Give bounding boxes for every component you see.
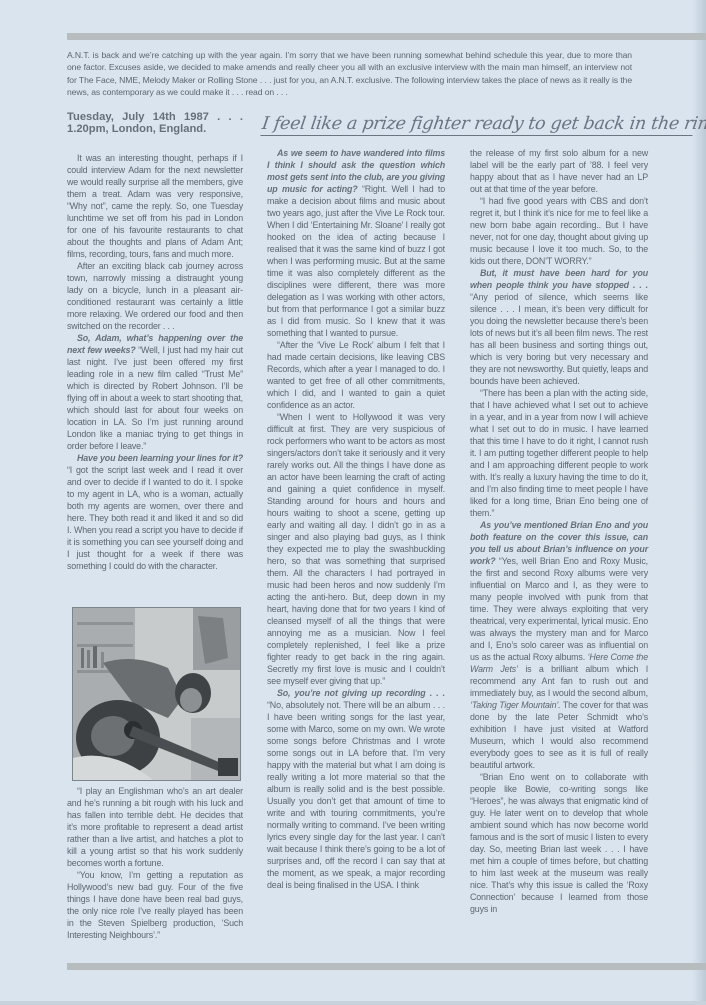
album-title: ‘Taking Tiger Mountain’.	[470, 700, 561, 710]
page-edge	[692, 0, 706, 1005]
qa-paragraph: Have you been learning your lines for it…	[67, 452, 243, 572]
question: But, it must have been hard for you when…	[470, 268, 648, 290]
qa-paragraph: So, Adam, what’s happening over the next…	[67, 332, 243, 452]
answer: “No, absolutely not. There will be an al…	[267, 700, 445, 890]
question: So, you’re not giving up recording . . .	[277, 688, 445, 698]
qa-paragraph: So, you’re not giving up recording . . .…	[267, 687, 445, 891]
headline: I feel like a prize fighter ready to get…	[260, 113, 695, 136]
paragraph: “There has been a plan with the acting s…	[470, 387, 648, 519]
paragraph: “I had five good years with CBS and don’…	[470, 195, 648, 267]
column-1: It was an interesting thought, perhaps i…	[67, 152, 243, 572]
paragraph: “Brian Eno went on to collaborate with p…	[470, 771, 648, 915]
paragraph: “I play an Englishman who’s an art deale…	[67, 785, 243, 869]
photo-adam-with-guitar	[72, 607, 241, 781]
paragraph: “After the ‘Vive Le Rock’ album I felt t…	[267, 339, 445, 411]
column-1-continued: “I play an Englishman who’s an art deale…	[67, 785, 243, 941]
qa-paragraph: As you’ve mentioned Brian Eno and you bo…	[470, 519, 648, 771]
dateline: Tuesday, July 14th 1987 . . . 1.20pm, Lo…	[67, 112, 243, 135]
intro-paragraph: A.N.T. is back and we’re catching up wit…	[67, 49, 632, 99]
top-rule	[67, 33, 706, 40]
answer: “Well, I just had my hair cut last night…	[67, 345, 243, 451]
answer: The cover for that was done by the late …	[470, 700, 648, 770]
answer: “Right. Well I had to make a decision ab…	[267, 184, 445, 338]
answer: “I got the script last week and I read i…	[67, 465, 243, 571]
answer: “Yes, well Brian Eno and Roxy Music, the…	[470, 556, 648, 662]
dateline-place: 1.20pm, London, England.	[67, 124, 243, 136]
dateline-date: Tuesday, July 14th 1987 . . .	[67, 112, 243, 124]
guitar-photo-icon	[73, 608, 240, 780]
paragraph: “You know, I’m getting a reputation as H…	[67, 869, 243, 941]
paragraph: the release of my first solo album for a…	[470, 147, 648, 195]
qa-paragraph: As we seem to have wandered into films I…	[267, 147, 445, 339]
paragraph: After an exciting black cab journey acro…	[67, 260, 243, 332]
paragraph: “When I went to Hollywood it was very di…	[267, 411, 445, 687]
qa-paragraph: But, it must have been hard for you when…	[470, 267, 648, 387]
column-3: the release of my first solo album for a…	[470, 147, 648, 915]
column-2: As we seem to have wandered into films I…	[267, 147, 445, 891]
bottom-rule	[67, 963, 706, 970]
paragraph: It was an interesting thought, perhaps i…	[67, 152, 243, 260]
question: Have you been learning your lines for it…	[77, 453, 243, 463]
page-bottom-edge	[0, 1001, 706, 1005]
answer: “Any period of silence, which seems like…	[470, 292, 648, 386]
